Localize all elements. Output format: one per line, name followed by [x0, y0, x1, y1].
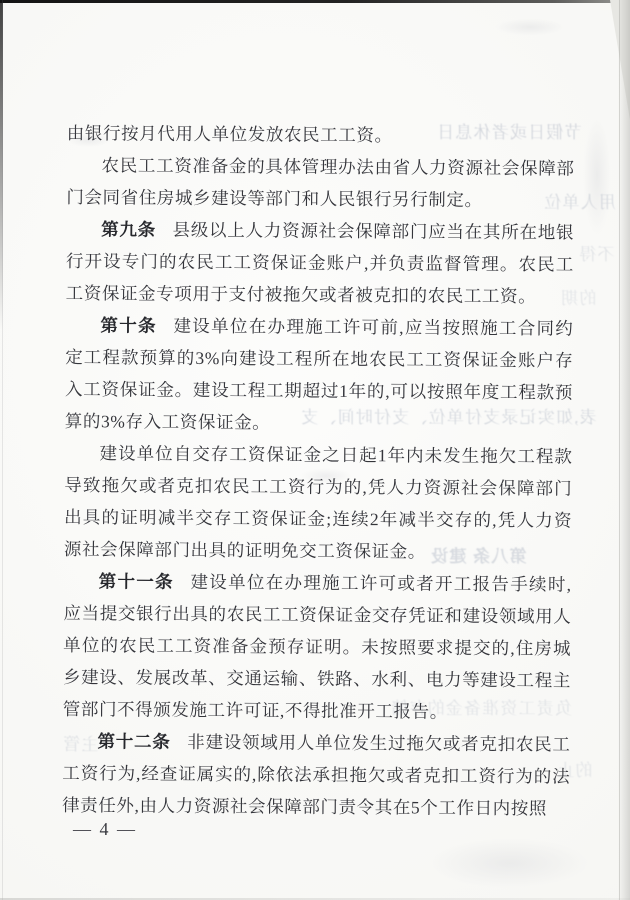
paragraph-article-12: 第十二条非建设领域用人单位发生过拖欠或者克扣农民工工资行为,经查证属实的,除依法… [62, 725, 571, 825]
page-number: — 4 — [73, 819, 137, 840]
paragraph-article-11: 第十一条建设单位在办理施工许可或者开工报告手续时,应当提交银行出具的农民工工资保… [63, 565, 572, 729]
paragraph-text: 建设单位自交存工资保证金之日起1年内未发生拖欠工程款导致拖欠或者克扣农民工工资行… [64, 443, 573, 561]
scanned-page: 节假日或者休息日 用人单位 不得 的期 表,如实记录支付单位、支付时间、支 第八… [0, 0, 630, 900]
paragraph-article-10: 第十条建设单位在办理施工许可前,应当按照施工合同约定工程款预算的3%向建设工程所… [65, 309, 574, 441]
paragraph-reserve-fund: 农民工工资准备金的具体管理办法由省人力资源社会保障部门会同省住房城乡建设等部门和… [66, 149, 574, 217]
paragraph-text: 农民工工资准备金的具体管理办法由省人力资源社会保障部门会同省住房城乡建设等部门和… [66, 155, 574, 210]
scan-edge-left-line [2, 0, 3, 900]
paragraph-continuation: 由银行按月代用人单位发放农民工工资。 [67, 117, 575, 153]
paper-smudge [495, 18, 565, 36]
document-body: 由银行按月代用人单位发放农民工工资。 农民工工资准备金的具体管理办法由省人力资源… [62, 117, 575, 825]
article-lead: 第十二条 [97, 731, 170, 752]
article-lead: 第十一条 [99, 571, 174, 592]
scan-edge-top [0, 0, 630, 3]
scan-edge-right-line [619, 0, 620, 900]
paper-smudge [430, 838, 590, 888]
bleedthrough-fragment: 不得 [578, 240, 614, 265]
paragraph-text: 建设单位在办理施工许可或者开工报告手续时,应当提交银行出具的农民工工资保证金交存… [63, 572, 572, 722]
paragraph-article-9: 第九条县级以上人力资源社会保障部门应当在其所在地银行开设专门的农民工工资保证金账… [66, 213, 575, 313]
paper-smudge [583, 115, 611, 235]
article-lead: 第十条 [100, 315, 157, 335]
paragraph-text: 由银行按月代用人单位发放农民工工资。 [67, 123, 393, 145]
paragraph-deposit-reduction: 建设单位自交存工资保证金之日起1年内未发生拖欠工程款导致拖欠或者克扣农民工工资行… [64, 437, 573, 569]
article-lead: 第九条 [101, 219, 156, 239]
